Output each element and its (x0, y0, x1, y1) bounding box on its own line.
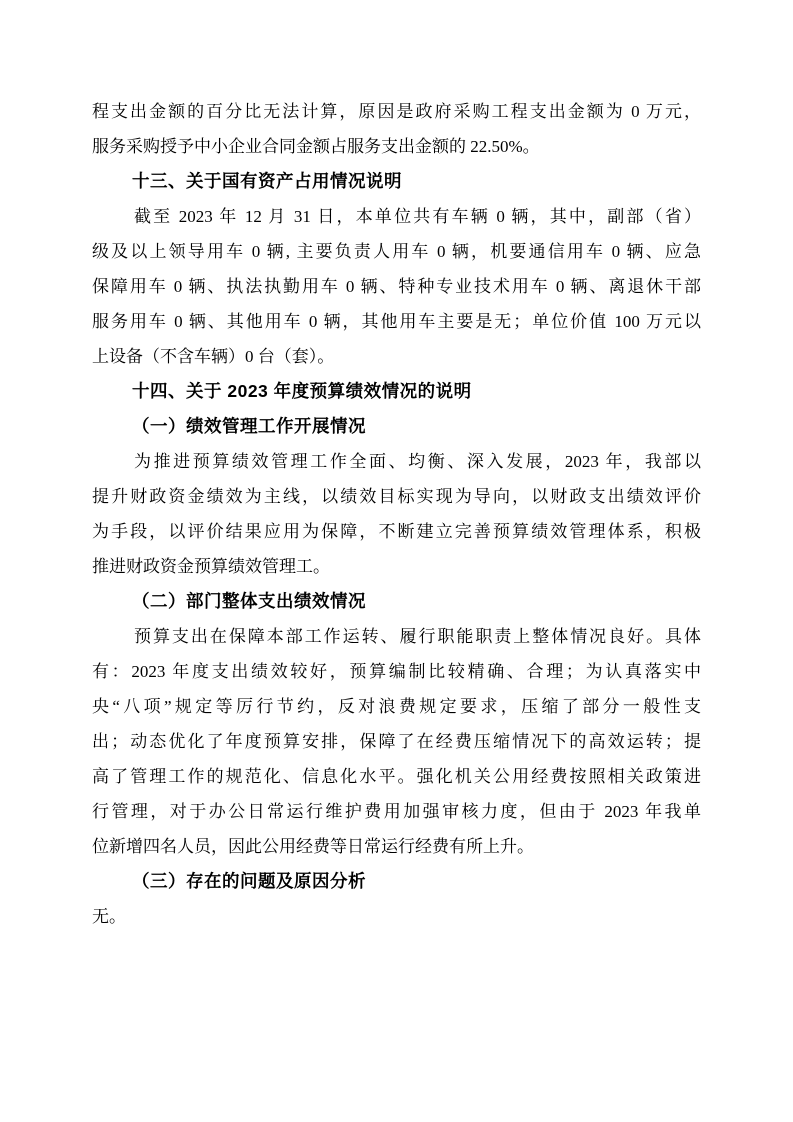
text-line: 截至 2023 年 12 月 31 日，本单位共有车辆 0 辆，其中，副部（省） (92, 199, 701, 234)
section-14-sub1-heading: （一）绩效管理工作开展情况 (92, 409, 701, 444)
document-page: 程支出金额的百分比无法计算，原因是政府采购工程支出金额为 0 万元， 服务采购授… (0, 0, 793, 1122)
text-line: 无。 (92, 899, 701, 934)
text-line: 高了管理工作的规范化、信息化水平。强化机关公用经费按照相关政策进 (92, 759, 701, 794)
text-line: 央“八项”规定等厉行节约，反对浪费规定要求，压缩了部分一般性支 (92, 689, 701, 724)
section-14-sub3-heading: （三）存在的问题及原因分析 (92, 864, 701, 899)
section-14-sub2-heading: （二）部门整体支出绩效情况 (92, 584, 701, 619)
text-line: 为推进预算绩效管理工作全面、均衡、深入发展，2023 年，我部以 (92, 444, 701, 479)
text-line: 有：2023 年度支出绩效较好，预算编制比较精确、合理；为认真落实中 (92, 654, 701, 689)
text-line: 服务用车 0 辆、其他用车 0 辆，其他用车主要是无；单位价值 100 万元以 (92, 304, 701, 339)
text-line: 位新增四名人员，因此公用经费等日常运行经费有所上升。 (92, 829, 701, 864)
text-line: 为手段，以评价结果应用为保障，不断建立完善预算绩效管理体系，积极 (92, 514, 701, 549)
text-line: 行管理，对于办公日常运行维护费用加强审核力度，但由于 2023 年我单 (92, 794, 701, 829)
text-line: 出；动态优化了年度预算安排，保障了在经费压缩情况下的高效运转；提 (92, 724, 701, 759)
text-line: 保障用车 0 辆、执法执勤用车 0 辆、特种专业技术用车 0 辆、离退休干部 (92, 269, 701, 304)
text-line: 提升财政资金绩效为主线，以绩效目标实现为导向，以财政支出绩效评价 (92, 479, 701, 514)
page-content: 程支出金额的百分比无法计算，原因是政府采购工程支出金额为 0 万元， 服务采购授… (0, 0, 793, 934)
text-line: 级及以上领导用车 0 辆, 主要负责人用车 0 辆，机要通信用车 0 辆、应急 (92, 234, 701, 269)
text-line: 上设备（不含车辆）0 台（套）。 (92, 339, 701, 374)
section-14-heading: 十四、关于 2023 年度预算绩效情况的说明 (92, 374, 701, 409)
text-line: 程支出金额的百分比无法计算，原因是政府采购工程支出金额为 0 万元， (92, 94, 701, 129)
text-line: 预算支出在保障本部工作运转、履行职能职责上整体情况良好。具体 (92, 619, 701, 654)
text-line: 服务采购授予中小企业合同金额占服务支出金额的 22.50%。 (92, 129, 701, 164)
text-line: 推进财政资金预算绩效管理工。 (92, 549, 701, 584)
section-13-heading: 十三、关于国有资产占用情况说明 (92, 164, 701, 199)
